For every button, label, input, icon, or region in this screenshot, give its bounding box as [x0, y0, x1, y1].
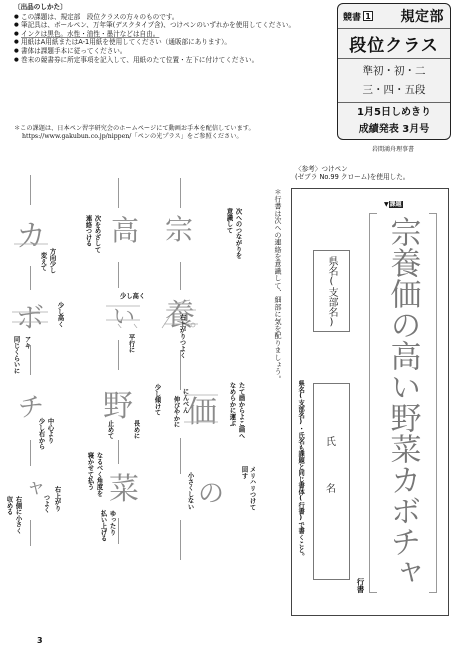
instructions-heading: 〔出品のしかた〕 — [14, 3, 334, 12]
practice-char: い — [106, 302, 142, 328]
annotation: メリハリつけて — [248, 466, 256, 510]
practice-char: カ — [14, 216, 48, 250]
deadline: 1月5日しめきり — [357, 104, 431, 121]
guide-line — [180, 520, 181, 560]
practice-char: ボ — [12, 300, 48, 332]
kyosho-text: 競書 — [343, 10, 361, 23]
annotation: 伸びやかに — [172, 396, 180, 428]
annotation: 中心より — [46, 418, 54, 443]
annotation: 少し傾けて — [153, 384, 161, 416]
prefecture-label: 県名(支部名) — [325, 256, 337, 328]
video-note-link[interactable]: https://www.gakubun.co.jp/nippen/「ペンの光プラ… — [14, 133, 255, 141]
style-label: 行書 — [356, 578, 364, 593]
instruction-item: 用紙はA用紙またはA-1用紙を使用してください（通販部にあります）。 — [14, 38, 334, 47]
form-note: 県名(支部名)・氏名も課題と同じ書体(行書)で書くこと。 — [297, 380, 304, 559]
guide-line — [30, 345, 31, 375]
annotation: 長めに — [132, 420, 140, 439]
kadai-tag: ▼課題 — [384, 199, 403, 208]
instructions: 〔出品のしかた〕 この課題は、規定部 段位クラスの方々のものです。 筆記具は、ボ… — [14, 3, 334, 64]
video-note-text: ＊この課題は、日本ペン習字研究会のホームページにて動画お手本を配信しています。 — [14, 125, 255, 133]
practice-char: 高 — [108, 212, 142, 246]
guide-line — [30, 520, 31, 546]
kadai-label: 課題 — [389, 201, 403, 208]
name-label-char: 氏 — [326, 437, 336, 449]
issue-number-badge: 1 — [363, 11, 373, 21]
annotation: 少し高く — [56, 302, 64, 327]
practice-char: チ — [16, 390, 46, 420]
stroke-guide-icon — [184, 392, 220, 426]
publisher-credit: 岩間鴻舟理事書 — [353, 144, 433, 153]
instruction-item: この課題は、規定部 段位クラスの方々のものです。 — [14, 13, 334, 22]
practice-char: ャ — [24, 472, 48, 496]
annotation: 寝かせて払う — [86, 452, 94, 490]
reference-note: 〈参考〉つけペン (ゼブラ No.99 クローム)を使用した。 — [295, 165, 409, 181]
annotation: 次をめざして — [93, 215, 101, 253]
practice-char: 野 — [100, 385, 136, 421]
kyosho-label: 競書 1 — [343, 10, 373, 23]
annotation: 平行に — [127, 334, 135, 353]
page-number: 3 — [37, 636, 43, 645]
practice-char: 宗 — [164, 212, 194, 244]
video-note: ＊この課題は、日本ペン習字研究会のホームページにて動画お手本を配信しています。 … — [14, 125, 255, 141]
guide-line — [30, 175, 31, 205]
guide-line — [180, 262, 181, 290]
results-issue: 成績発表 3月号 — [359, 121, 429, 138]
annotation: 次へのつながりを — [234, 208, 242, 258]
guide-line — [180, 350, 181, 390]
annotation: 連絡つける — [84, 215, 92, 247]
reference-line-1: 〈参考〉つけペン — [295, 165, 409, 173]
guide-line — [118, 178, 119, 208]
reference-line-2: (ゼブラ No.99 クローム)を使用した。 — [295, 173, 409, 181]
instruction-item: 筆記具は、ボールペン、万年筆(デスクタイプ含)、つけペンのいずれかを使用してくだ… — [14, 21, 334, 30]
instruction-item: 書体は課題手本に従ってください。 — [14, 47, 334, 56]
specimen-text: 宗養価の高い野菜カボチャ — [386, 216, 418, 588]
annotation: にんべん — [181, 388, 189, 413]
annotation: ゆったり — [108, 510, 116, 535]
guide-line — [30, 266, 31, 290]
schedule: 1月5日しめきり 成績発表 3月号 — [338, 103, 450, 139]
annotation: 右上がり — [53, 486, 61, 511]
grades: 準初・初・二 三・四・五段 — [338, 59, 450, 103]
annotation: なるべく角度を — [95, 452, 103, 496]
stroke-guide-icon — [106, 302, 142, 328]
division-label: 規定部 — [401, 6, 445, 26]
annotation: たて画からよこ画へ — [237, 382, 245, 439]
annotation: 同じくらいに — [12, 336, 20, 374]
gyosho-side-note: ＊行書は次への連絡を意識して、細部に気を配りましょう。 — [274, 188, 282, 382]
guide-line — [180, 438, 181, 474]
guide-line — [118, 518, 119, 544]
class-label: 段位クラス — [338, 29, 450, 59]
annotation: 回す — [240, 466, 248, 479]
stroke-guide-icon — [12, 300, 48, 332]
name-box[interactable] — [313, 383, 350, 580]
annotation: 小さくしない — [186, 472, 194, 510]
guide-line — [118, 440, 119, 464]
title-box: 競書 1 規定部 段位クラス 準初・初・二 三・四・五段 1月5日しめきり 成績… — [337, 3, 451, 140]
annotation: 意識して — [225, 208, 233, 233]
stroke-guide-icon — [14, 216, 48, 250]
annotation: 止めて — [106, 420, 114, 439]
instruction-item: 巻末の競書券に所定事項を記入して、用紙のたて位置・左下に付けてください。 — [14, 56, 334, 65]
practice-char: 菜 — [106, 468, 142, 504]
annotation: なめらかに運ぶ — [228, 382, 236, 426]
annotation: つよく — [42, 494, 50, 513]
name-label-char: 名 — [326, 484, 336, 496]
guide-line — [118, 340, 119, 370]
annotation: 収める — [5, 496, 13, 515]
grades-line-2: 三・四・五段 — [363, 81, 426, 100]
annotation: 少し右から — [37, 418, 45, 450]
guide-line — [30, 440, 31, 466]
annotation: 払い上げる — [99, 510, 107, 542]
annotation: 変えて — [39, 252, 47, 271]
guide-line — [118, 262, 119, 288]
annotation: 右側に小さく — [14, 496, 22, 534]
annotation: 方向少し — [48, 248, 56, 273]
guide-line — [180, 178, 181, 208]
practice-char: 価 — [184, 392, 220, 426]
practice-char: の — [196, 476, 226, 506]
title-row-division: 競書 1 規定部 — [338, 4, 450, 29]
grades-line-1: 準初・初・二 — [363, 62, 426, 81]
